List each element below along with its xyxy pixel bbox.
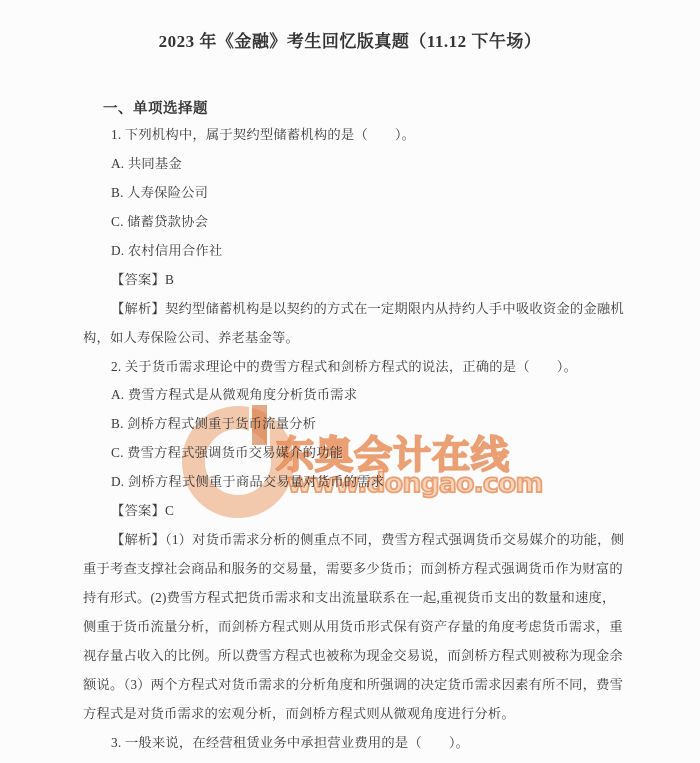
question-2-stem: 2. 关于货币需求理论中的费雪方程式和剑桥方程式的说法，正确的是（ ）。 — [83, 353, 628, 382]
section-heading: 一、单项选择题 — [103, 97, 208, 118]
question-1-analysis: 构，如人寿保险公司、养老基金等。 — [83, 324, 628, 353]
question-2-analysis: 重于考查支撑社会商品和服务的交易量，需要多少货币；而剑桥方程式强调货币作为财富的 — [83, 555, 628, 584]
document-content: 2023 年《金融》考生回忆版真题（11.12 下午场） 一、单项选择题 1. … — [0, 0, 700, 763]
question-2-analysis: 【解析】（1）对货币需求分析的侧重点不同，费雪方程式强调货币交易媒介的功能，侧 — [83, 526, 628, 555]
question-2-option-a: A. 费雪方程式是从微观角度分析货币需求 — [83, 381, 628, 410]
question-2-analysis: 额说。（3）两个方程式对货币需求的分析角度和所强调的决定货币需求因素有所不同，费… — [83, 671, 628, 700]
question-1-option-b: B. 人寿保险公司 — [83, 179, 628, 208]
question-1-stem: 1. 下列机构中，属于契约型储蓄机构的是（ ）。 — [83, 121, 628, 150]
question-2-analysis: 视存量占收入的比例。所以费雪方程式也被称为现金交易说，而剑桥方程式则被称为现金余 — [83, 642, 628, 671]
question-1-option-a: A. 共同基金 — [83, 150, 628, 179]
document-page: 东奥会计在线 www.dongao.com 2023 年《金融》考生回忆版真题（… — [0, 0, 700, 763]
question-2-option-c: C. 费雪方程式强调货币交易媒介的功能 — [83, 439, 628, 468]
question-1-option-c: C. 储蓄贷款协会 — [83, 208, 628, 237]
document-body: 1. 下列机构中，属于契约型储蓄机构的是（ ）。A. 共同基金B. 人寿保险公司… — [83, 121, 628, 758]
question-2-option-b: B. 剑桥方程式侧重于货币流量分析 — [83, 410, 628, 439]
question-2-analysis: 方程式是对货币需求的宏观分析，而剑桥方程式则从微观角度进行分析。 — [83, 700, 628, 729]
document-title: 2023 年《金融》考生回忆版真题（11.12 下午场） — [0, 27, 700, 52]
question-3-stem: 3. 一般来说，在经营租赁业务中承担营业费用的是（ ）。 — [83, 729, 628, 758]
question-1-answer: 【答案】B — [83, 266, 628, 295]
question-2-answer: 【答案】C — [83, 497, 628, 526]
question-2-analysis: 侧重于货币流量分析，而剑桥方程式则从用货币形式保有资产存量的角度考虑货币需求，重 — [83, 613, 628, 642]
question-2-analysis: 持有形式。(2)费雪方程式把货币需求和支出流量联系在一起,重视货币支出的数量和速… — [83, 584, 628, 613]
question-2-option-d: D. 剑桥方程式侧重于商品交易量对货币的需求 — [83, 468, 628, 497]
question-1-analysis: 【解析】契约型储蓄机构是以契约的方式在一定期限内从持约人手中吸收资金的金融机 — [83, 295, 628, 324]
question-1-option-d: D. 农村信用合作社 — [83, 237, 628, 266]
